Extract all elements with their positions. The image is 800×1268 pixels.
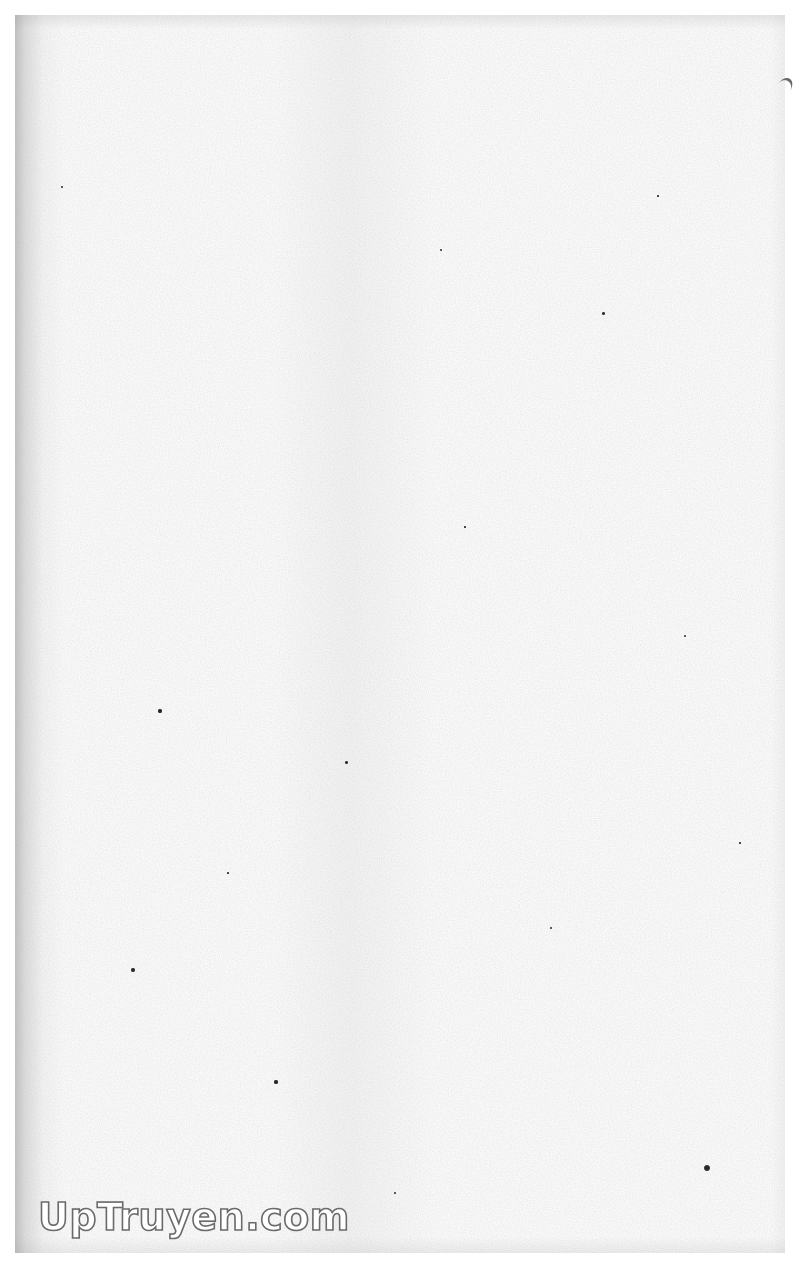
- dust-speck: [158, 709, 162, 713]
- scanned-paper-page: [15, 15, 785, 1253]
- dust-speck: [739, 842, 741, 844]
- watermark: UpTruyen.com: [38, 1198, 350, 1236]
- dust-speck: [227, 872, 229, 874]
- dust-speck: [131, 968, 135, 972]
- dust-speck: [394, 1192, 396, 1194]
- paper-grain: [15, 15, 785, 1253]
- dust-speck: [602, 312, 605, 315]
- dust-speck: [657, 195, 659, 197]
- paper-texture: [15, 15, 785, 1253]
- dust-speck: [345, 761, 348, 764]
- dust-speck: [704, 1165, 710, 1171]
- dust-speck: [274, 1080, 278, 1084]
- dust-speck: [464, 526, 466, 528]
